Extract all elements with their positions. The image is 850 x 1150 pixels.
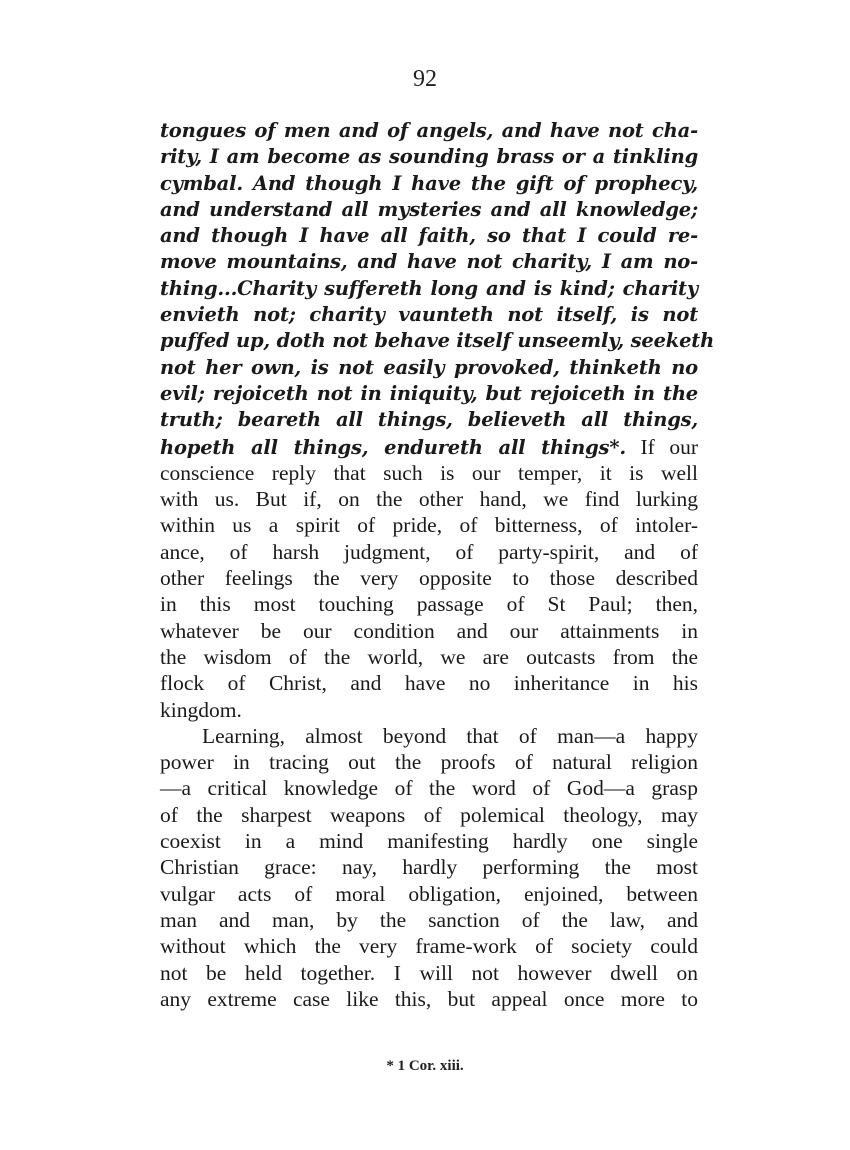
text-line: any extreme case like this, but appeal o…	[160, 986, 698, 1012]
text-line: —a critical knowledge of the word of God…	[160, 775, 698, 801]
text-line: the wisdom of the world, we are outcasts…	[160, 644, 698, 670]
body-text: tongues of men and of angels, and have n…	[160, 118, 698, 1012]
text-line: in this most touching passage of St Paul…	[160, 591, 698, 617]
text-line: not be held together. I will not however…	[160, 960, 698, 986]
text-line: kingdom.	[160, 697, 698, 723]
text-line: move mountains, and have not charity, I …	[160, 249, 698, 275]
text-line: with us. But if, on the other hand, we f…	[160, 486, 698, 512]
text-line: power in tracing out the proofs of natur…	[160, 749, 698, 775]
text-line: ance, of harsh judgment, of party-spirit…	[160, 539, 698, 565]
text-line: puffed up, doth not behave itself unseem…	[160, 328, 698, 354]
text-line: tongues of men and of angels, and have n…	[160, 118, 698, 144]
text-line: within us a spirit of pride, of bitterne…	[160, 512, 698, 538]
text-line: and though I have all faith, so that I c…	[160, 223, 698, 249]
text-line: and understand all mysteries and all kno…	[160, 197, 698, 223]
text-line: envieth not; charity vaunteth not itself…	[160, 302, 698, 328]
text-line: not her own, is not easily provoked, thi…	[160, 355, 698, 381]
text-line: whatever be our condition and our attain…	[160, 618, 698, 644]
text-line: cymbal. And though I have the gift of pr…	[160, 171, 698, 197]
text-line: without which the very frame-work of soc…	[160, 933, 698, 959]
text-line: thing...Charity suffereth long and is ki…	[160, 276, 698, 302]
text-line: coexist in a mind manifesting hardly one…	[160, 828, 698, 854]
text-line: other feelings the very opposite to thos…	[160, 565, 698, 591]
text-line: Christian grace: nay, hardly performing …	[160, 854, 698, 880]
text-line: rity, I am become as sounding brass or a…	[160, 144, 698, 170]
text-line: flock of Christ, and have no inheritance…	[160, 670, 698, 696]
text-line: evil; rejoiceth not in iniquity, but rej…	[160, 381, 698, 407]
quoted-scripture: hopeth all things, endureth all things*.	[160, 436, 626, 459]
text-line: truth; beareth all things, believeth all…	[160, 407, 698, 433]
footnote: * 1 Cor. xiii.	[0, 1058, 850, 1075]
text-line: vulgar acts of moral obligation, enjoine…	[160, 881, 698, 907]
text-line: man and man, by the sanction of the law,…	[160, 907, 698, 933]
text-line: Learning, almost beyond that of man—a ha…	[160, 723, 698, 749]
page-number: 92	[0, 66, 850, 93]
book-page: 92 tongues of men and of angels, and hav…	[0, 0, 850, 1150]
body-fragment: If our	[626, 435, 698, 459]
text-line: hopeth all things, endureth all things*.…	[160, 434, 698, 460]
text-line: of the sharpest weapons of polemical the…	[160, 802, 698, 828]
text-line: conscience reply that such is our temper…	[160, 460, 698, 486]
